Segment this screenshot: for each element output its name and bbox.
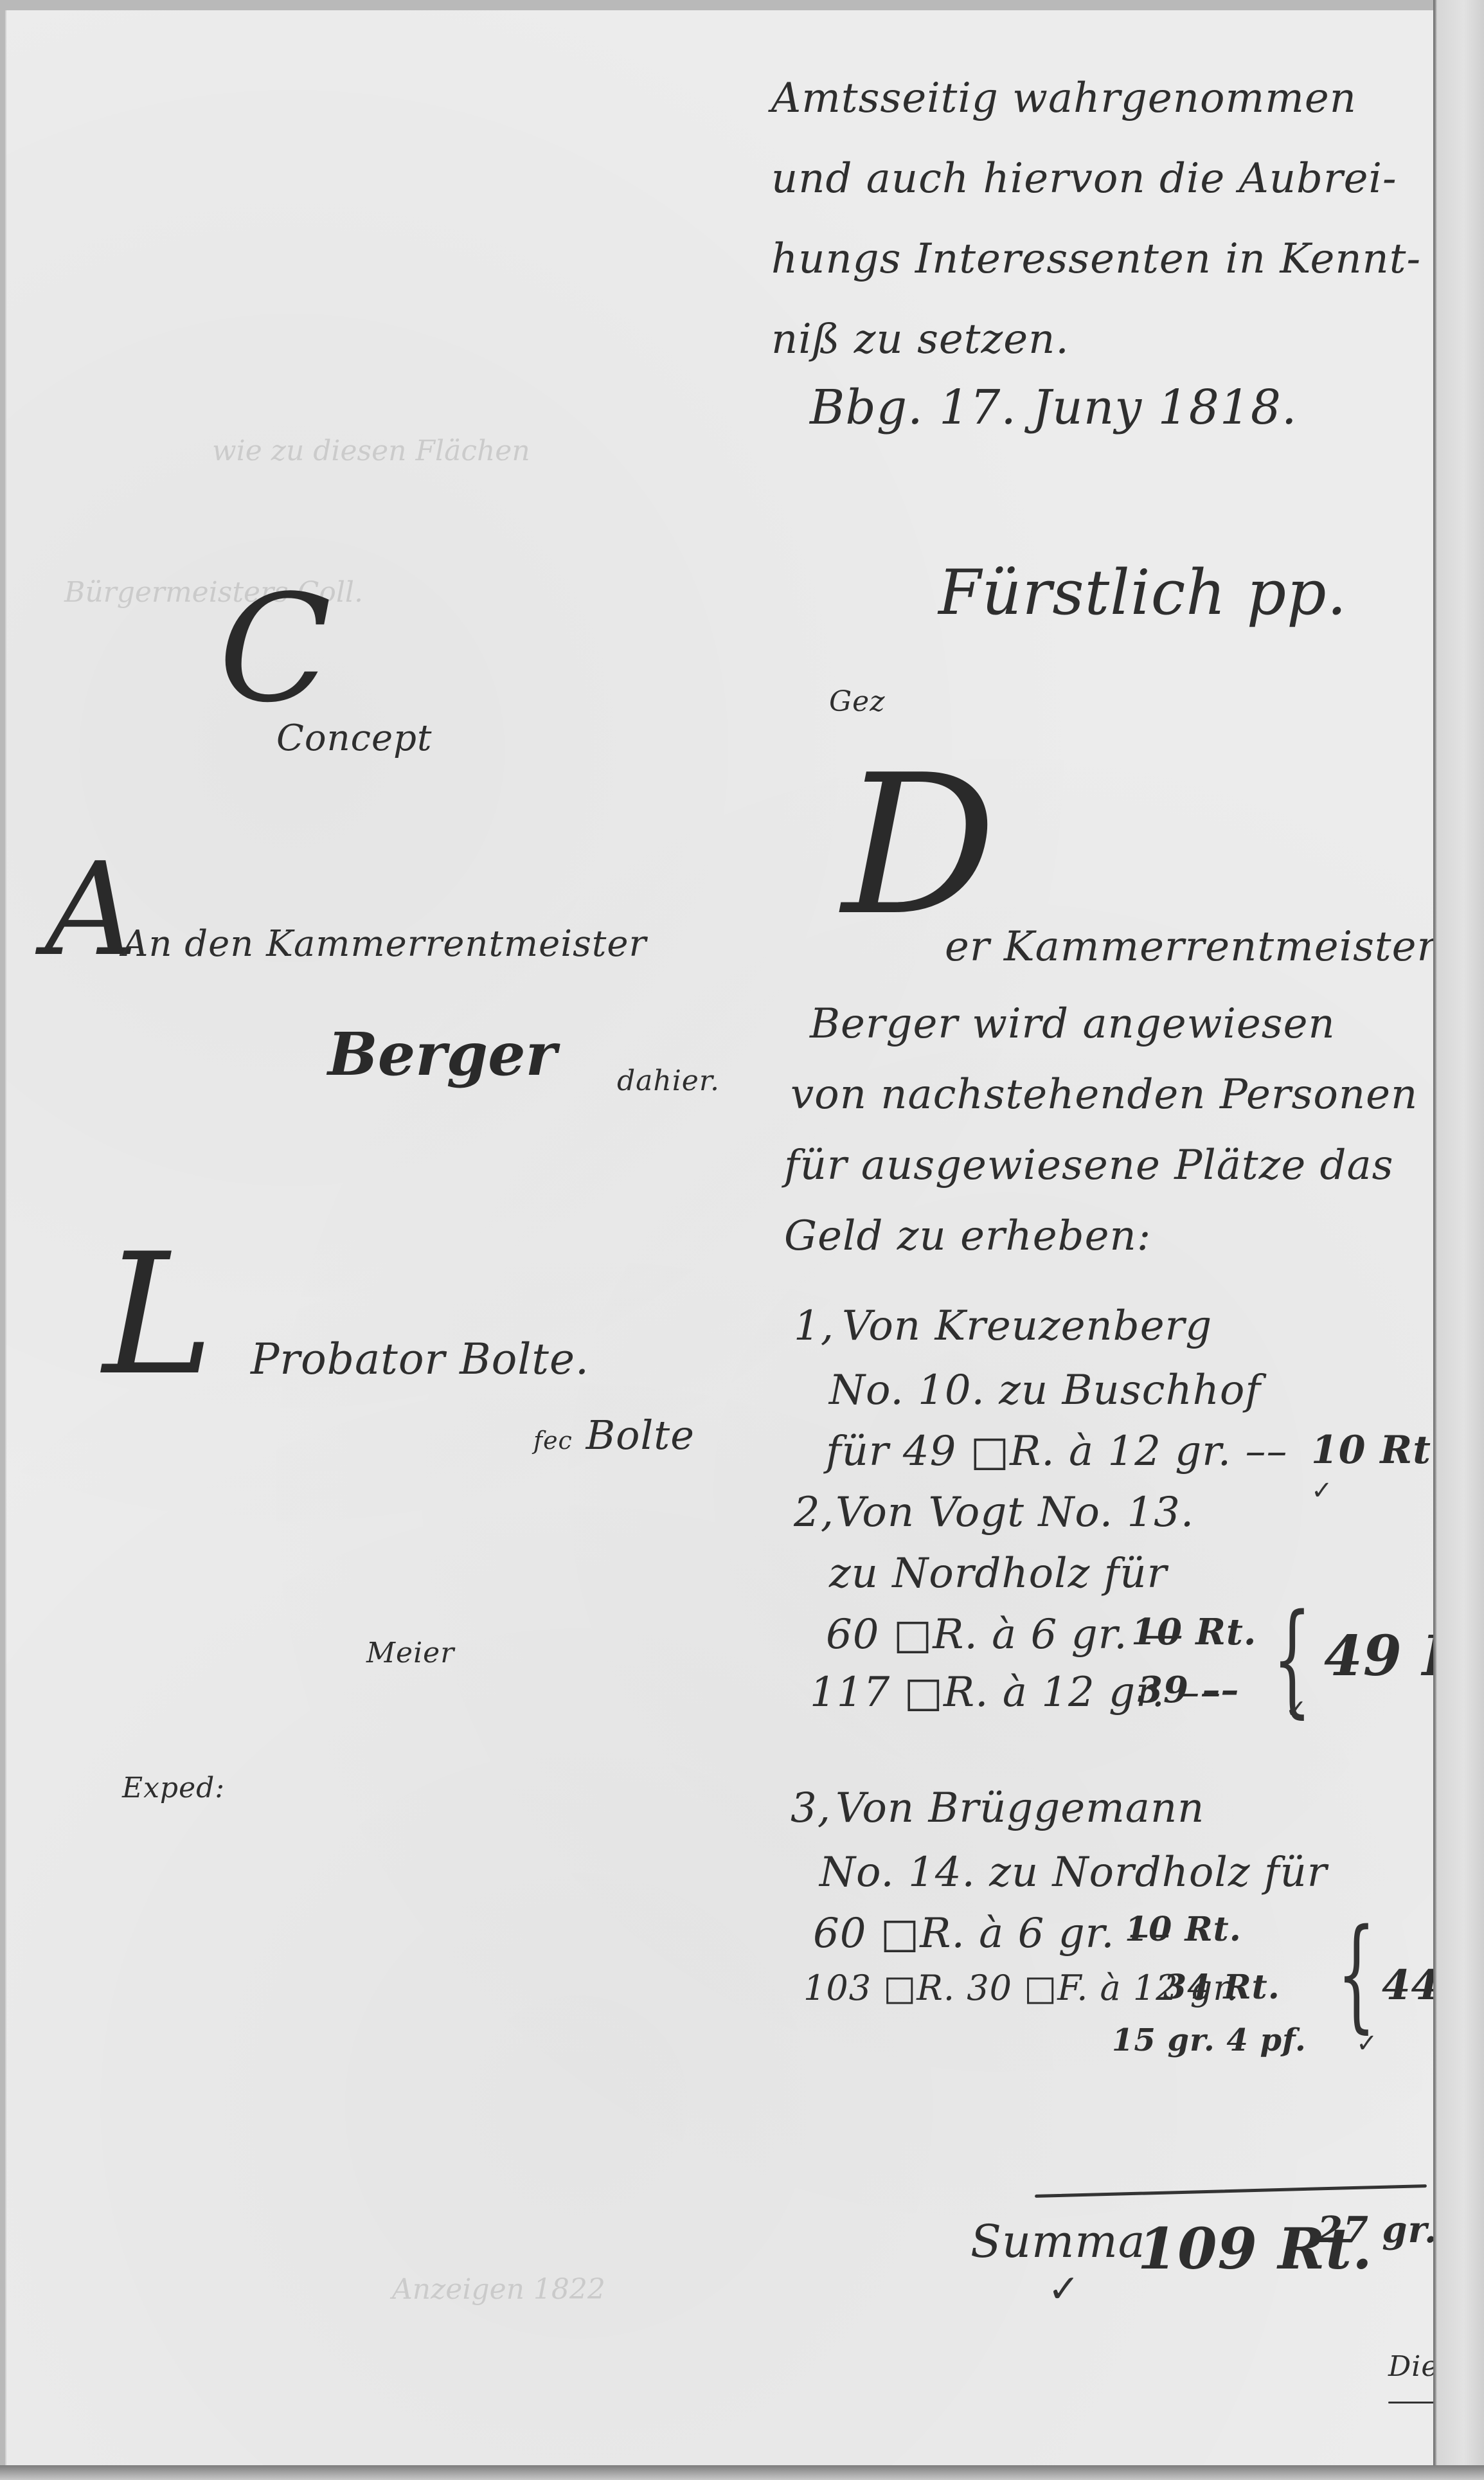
body-line-5: Geld zu erheben: <box>784 1212 1151 1260</box>
entry-2-sub-2-value: 39 –– <box>1138 1669 1239 1711</box>
entry-1-line-3: für 49 □R. à 12 gr. –– <box>826 1428 1287 1475</box>
check-mark: ✓ <box>1311 1476 1333 1505</box>
check-mark: ✓ <box>1285 1694 1307 1724</box>
book-spine <box>1433 0 1484 2480</box>
brace: { <box>1337 1913 1375 2035</box>
continuation-line-4: niß zu setzen. <box>771 316 1069 363</box>
entry-3-sub-1-value: 10 Rt. <box>1125 1910 1242 1949</box>
signature-name: Bolte <box>586 1412 695 1459</box>
continuation-line-2: und auch hiervon die Aubrei- <box>771 155 1397 202</box>
entry-3-line-2: No. 14. zu Nordholz für <box>819 1849 1327 1896</box>
expedition-note: Exped: <box>122 1772 225 1804</box>
concept-heading: Concept <box>276 717 432 759</box>
entry-3-sub-2-value: 34 Rt. <box>1163 1968 1280 2007</box>
author-line: Probator Bolte. <box>251 1334 589 1384</box>
entry-3-sub-3-value: 15 gr. 4 pf. <box>1112 2022 1307 2058</box>
entry-1-number: 1, <box>794 1302 834 1350</box>
salutation-abbrev: Gez <box>829 685 885 718</box>
total-rule <box>1035 2184 1427 2198</box>
check-mark: ✓ <box>1356 2029 1378 2058</box>
body-line-4: für ausgewiesene Plätze das <box>784 1142 1394 1189</box>
entry-2-sub-1-value: 10 Rt. <box>1131 1611 1256 1653</box>
addressee-suffix: dahier. <box>617 1065 720 1097</box>
check-mark: ✓ <box>1048 2267 1080 2312</box>
addressee-prefix: An den Kammerrentmeister <box>122 923 647 965</box>
author-initial: L <box>103 1232 214 1399</box>
body-line-2: Berger wird angewiesen <box>810 1000 1336 1048</box>
entry-2-number: 2, <box>794 1489 834 1536</box>
page-edge-shadow <box>0 2465 1484 2480</box>
catchword-rule <box>1388 2402 1435 2404</box>
addressee-name: Berger <box>328 1020 557 1089</box>
entry-2-line-1: Von Vogt No. 13. <box>836 1489 1194 1536</box>
initials-mark: Meier <box>366 1637 454 1669</box>
entry-1-line-1: Von Kreuzenberg <box>842 1302 1212 1350</box>
continuation-line-3: hungs Interessenten in Kennt- <box>771 235 1421 283</box>
signature: fec Bolte <box>533 1412 695 1459</box>
concept-initial: C <box>219 576 332 724</box>
manuscript-page: wie zu diesen Flächen Bürgermeisters Col… <box>5 10 1435 2476</box>
salutation: Fürstlich pp. <box>938 557 1347 629</box>
bleed-through-text: Anzeigen 1822 <box>392 2273 605 2306</box>
entry-2-line-2: zu Nordholz für <box>829 1550 1167 1597</box>
entry-2-sub-1-text: 60 □R. à 6 gr. –– <box>826 1611 1184 1658</box>
entry-1-line-2: No. 10. zu Buschhof <box>829 1367 1261 1414</box>
entry-3-sub-1-text: 60 □R. à 6 gr. –– <box>813 1910 1171 1957</box>
continuation-line-1: Amtsseitig wahrgenommen <box>771 75 1357 122</box>
bleed-through-text: wie zu diesen Flächen <box>212 435 530 467</box>
entry-3-number: 3, <box>791 1784 831 1832</box>
entry-3-line-1: Von Brüggemann <box>836 1784 1204 1832</box>
body-line-1: er Kammerrentmeister <box>945 923 1437 971</box>
body-initial: D <box>842 750 997 942</box>
signature-prefix: fec <box>533 1426 573 1455</box>
total-label: Summa <box>970 2215 1146 2268</box>
body-line-3: von nachstehenden Personen <box>791 1071 1418 1119</box>
dateline: Bbg. 17. Juny 1818. <box>810 380 1298 435</box>
